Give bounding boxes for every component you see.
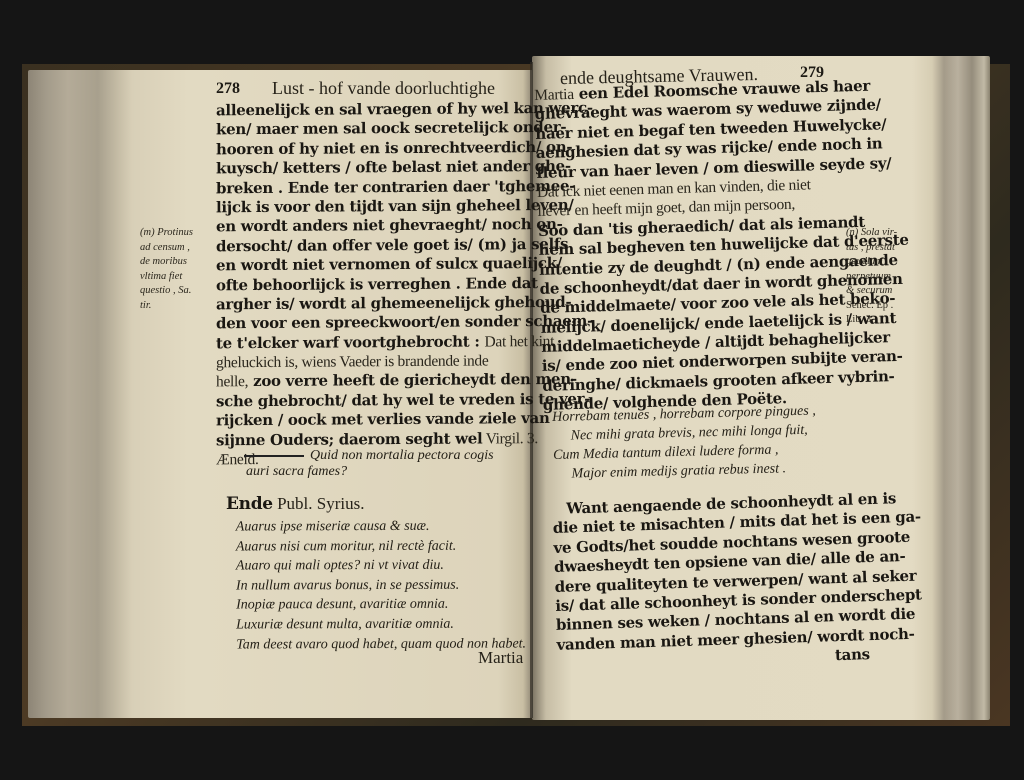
note-line: questio , Sa. (140, 284, 193, 299)
latin-line: In nullum avarus bonus, in se pessimus. (236, 577, 526, 598)
text-line-black: sijnne Ouders; daerom seght wel (216, 429, 482, 449)
verse: Horrebam tenues , horrebam corpore pingu… (552, 404, 817, 486)
note-line: Senec. Ep . (846, 299, 897, 314)
note-line: tus , prestat (846, 241, 897, 256)
text-line: en wordt niet vernomen of sulcx quaelijc… (216, 254, 593, 276)
left-quote: Quid non mortalia pectora cogis auri sac… (244, 448, 494, 480)
right-catchword: tans (835, 643, 926, 665)
latin-line: Inopiæ pauca desunt, avaritiæ omnia. (236, 597, 526, 618)
left-running-head: Lust - hof vande doorluchtighe (272, 78, 495, 99)
latin-sentences: Auarus ipse miseriæ causa & suæ. Auarus … (236, 518, 526, 656)
note-line: de moribus (140, 255, 193, 270)
latin-line: Luxuriæ desunt multa, avaritiæ omnia. (236, 616, 526, 637)
right-body-bottom: Want aengaende de schoonheydt al en is d… (552, 488, 925, 674)
note-line: (m) Protinus (140, 226, 193, 241)
latin-line: Auarus ipse miseriæ causa & suæ. (236, 518, 526, 539)
text-line: en wordt anders niet ghevraeght/ noch on… (216, 215, 593, 237)
text-line: sche ghebrocht/ dat hy wel te vreden is … (216, 390, 593, 412)
latin-line: Auarus nisi cum moritur, nil rectè facit… (236, 538, 526, 559)
text-line: den voor een spreeckwoort/en sonder scha… (216, 312, 593, 334)
text-line-black: zoo verre heeft de giericheydt den men- (248, 370, 577, 390)
text-line: argher is/ wordt al ghemeenelijck ghehou… (216, 293, 593, 315)
ende-publ-syrius: Ende Publ. Syrius. (226, 494, 364, 514)
quote-line: auri sacra fames? (246, 464, 494, 480)
note-line: Lib. 3. (846, 313, 897, 328)
note-line: & securum (846, 284, 897, 299)
latin-line: Auaro qui mali optes? ni vt vivat diu. (236, 558, 526, 579)
text-line: te t'elcker warf voortghebrocht : Dat he… (216, 331, 593, 353)
left-page-number: 278 (216, 80, 240, 98)
note-line: (n) Sola vir- (846, 226, 897, 241)
note-line: ad censum , (140, 241, 193, 256)
left-margin-note: (m) Protinus ad censum , de moribus vlti… (140, 226, 193, 313)
right-margin-note: (n) Sola vir- tus , prestat gaudium perp… (846, 226, 897, 328)
text-line-black: te t'elcker warf voortghebrocht : (216, 332, 480, 352)
quote-line: Quid non mortalia pectora cogis (310, 448, 494, 463)
text-line: rijcken / oock met verlies vande ziele v… (216, 409, 593, 431)
text-line-roman: helle, (216, 374, 248, 391)
text-line-roman: Martia (534, 86, 574, 104)
quote-dash (244, 455, 304, 457)
text-line: ofte behoorlijck is verreghen . Ende dat (216, 273, 593, 295)
text-line: dersocht/ dan offer vele goet is/ (m) ja… (216, 234, 593, 256)
note-line: vltima fiet (140, 270, 193, 285)
text-line-roman: gheluckich is, wiens Vaeder is brandende… (216, 352, 488, 371)
note-line: gaudium (846, 255, 897, 270)
left-catchword: Martia (478, 648, 523, 668)
text-line-roman: Virgil. 3. (482, 430, 537, 447)
note-line: perpetuum (846, 270, 897, 285)
note-line: tir. (140, 299, 193, 314)
